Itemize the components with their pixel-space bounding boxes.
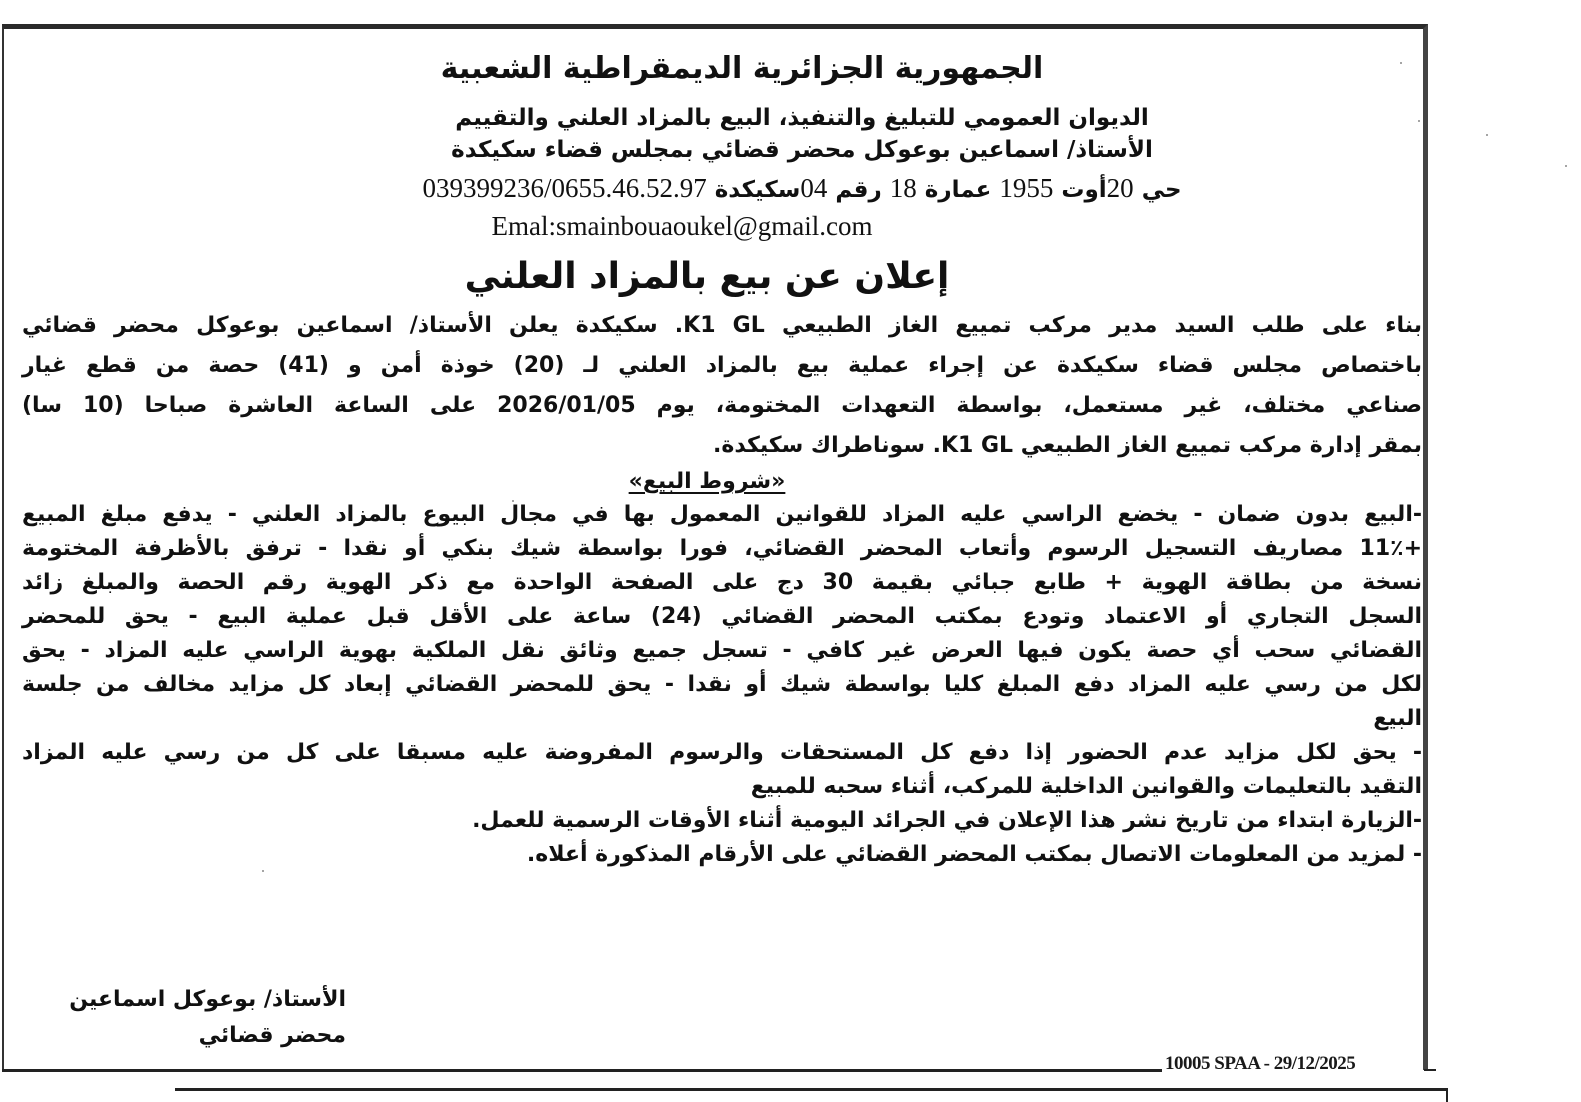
terms-list: -البيع بدون ضمان - يخضع الراسي عليه المز…: [22, 498, 1422, 872]
address-number-label: رقم: [835, 177, 881, 203]
notice-title: إعلان عن بيع بالمزاد العلني: [22, 248, 1422, 306]
terms-line: نسخة من بطاقة الهوية + طابع جبائي بقيمة …: [22, 566, 1422, 600]
address-year: 1955: [999, 173, 1053, 203]
republic-heading: الجمهورية الجزائرية الديمقراطية الشعبية: [22, 46, 1422, 92]
scan-speck: [1418, 120, 1420, 122]
terms-line: - يحق لكل مزايد عدم الحضور إذا دفع كل ال…: [22, 736, 1422, 770]
address-line: حي 20أوت 1955 عمارة 18 رقم 04سكيكدة 0393…: [22, 170, 1422, 206]
email-line: Emal:smainbouaoukel@gmail.com: [22, 208, 1422, 244]
signature-block: الأستاذ/ بوعوكل اسماعين محضر قضائي: [36, 982, 346, 1054]
intro-line: بمقر إدارة مركب تمييع الغاز الطبيعي K1 G…: [22, 426, 1422, 466]
address-aout: أوت: [1061, 177, 1106, 203]
scan-speck: [262, 870, 264, 872]
intro-line: باختصاص مجلس قضاء سكيكدة عن إجراء عملية …: [22, 346, 1422, 386]
terms-line: السجل التجاري أو الاعتماد وتودع بمكتب ال…: [22, 600, 1422, 634]
scan-speck: [1400, 62, 1402, 64]
phone-numbers: 039399236/0655.46.52.97: [422, 173, 706, 203]
terms-line: -الزيارة ابتداء من تاريخ نشر هذا الإعلان…: [22, 804, 1422, 838]
scan-speck: [1486, 134, 1488, 136]
scan-speck: [512, 500, 514, 502]
bottom-rule-end: [1424, 1069, 1436, 1071]
terms-line: -البيع بدون ضمان - يخضع الراسي عليه المز…: [22, 498, 1422, 532]
terms-line: البيع: [22, 702, 1422, 736]
terms-line: لكل من رسي عليه المزاد دفع المبلغ كليا ب…: [22, 668, 1422, 702]
address-building-number: 18: [890, 173, 917, 203]
terms-line: +11٪ مصاريف التسجيل الرسوم وأتعاب المحضر…: [22, 532, 1422, 566]
intro-paragraph: بناء على طلب السيد مدير مركب تمييع الغاز…: [22, 306, 1422, 466]
terms-line: التقيد بالتعليمات والقوانين الداخلية للم…: [22, 770, 1422, 804]
signature-name: الأستاذ/ بوعوكل اسماعين: [36, 982, 346, 1018]
address-building: عمارة: [925, 177, 992, 203]
bailiff-name: الأستاذ/ اسماعين بوعوكل محضر قضائي بمجلس…: [22, 134, 1422, 166]
address-number-20: 20: [1107, 173, 1134, 203]
office-name: الديوان العمومي للتبليغ والتنفيذ، البيع …: [22, 102, 1422, 134]
intro-line: صناعي مختلف، غير مستعمل، بواسطة التعهدات…: [22, 386, 1422, 426]
scan-speck: [1565, 165, 1567, 167]
address-city: سكيكدة: [715, 177, 801, 203]
address-number: 04: [800, 173, 827, 203]
next-notice-border: [175, 1088, 1448, 1102]
notice-content: الجمهورية الجزائرية الديمقراطية الشعبية …: [22, 40, 1422, 872]
signature-title: محضر قضائي: [36, 1018, 346, 1054]
terms-line: القضائي سحب أي حصة يكون فيها العرض غير ك…: [22, 634, 1422, 668]
bottom-rule: [2, 1069, 1162, 1072]
terms-line: - لمزيد من المعلومات الاتصال بمكتب المحض…: [22, 838, 1422, 872]
terms-heading: «شروط البيع»: [22, 466, 1422, 498]
address-prefix: حي: [1142, 177, 1182, 203]
reference-stamp: 10005 SPAA - 29/12/2025: [1165, 1053, 1355, 1075]
intro-line: بناء على طلب السيد مدير مركب تمييع الغاز…: [22, 306, 1422, 346]
